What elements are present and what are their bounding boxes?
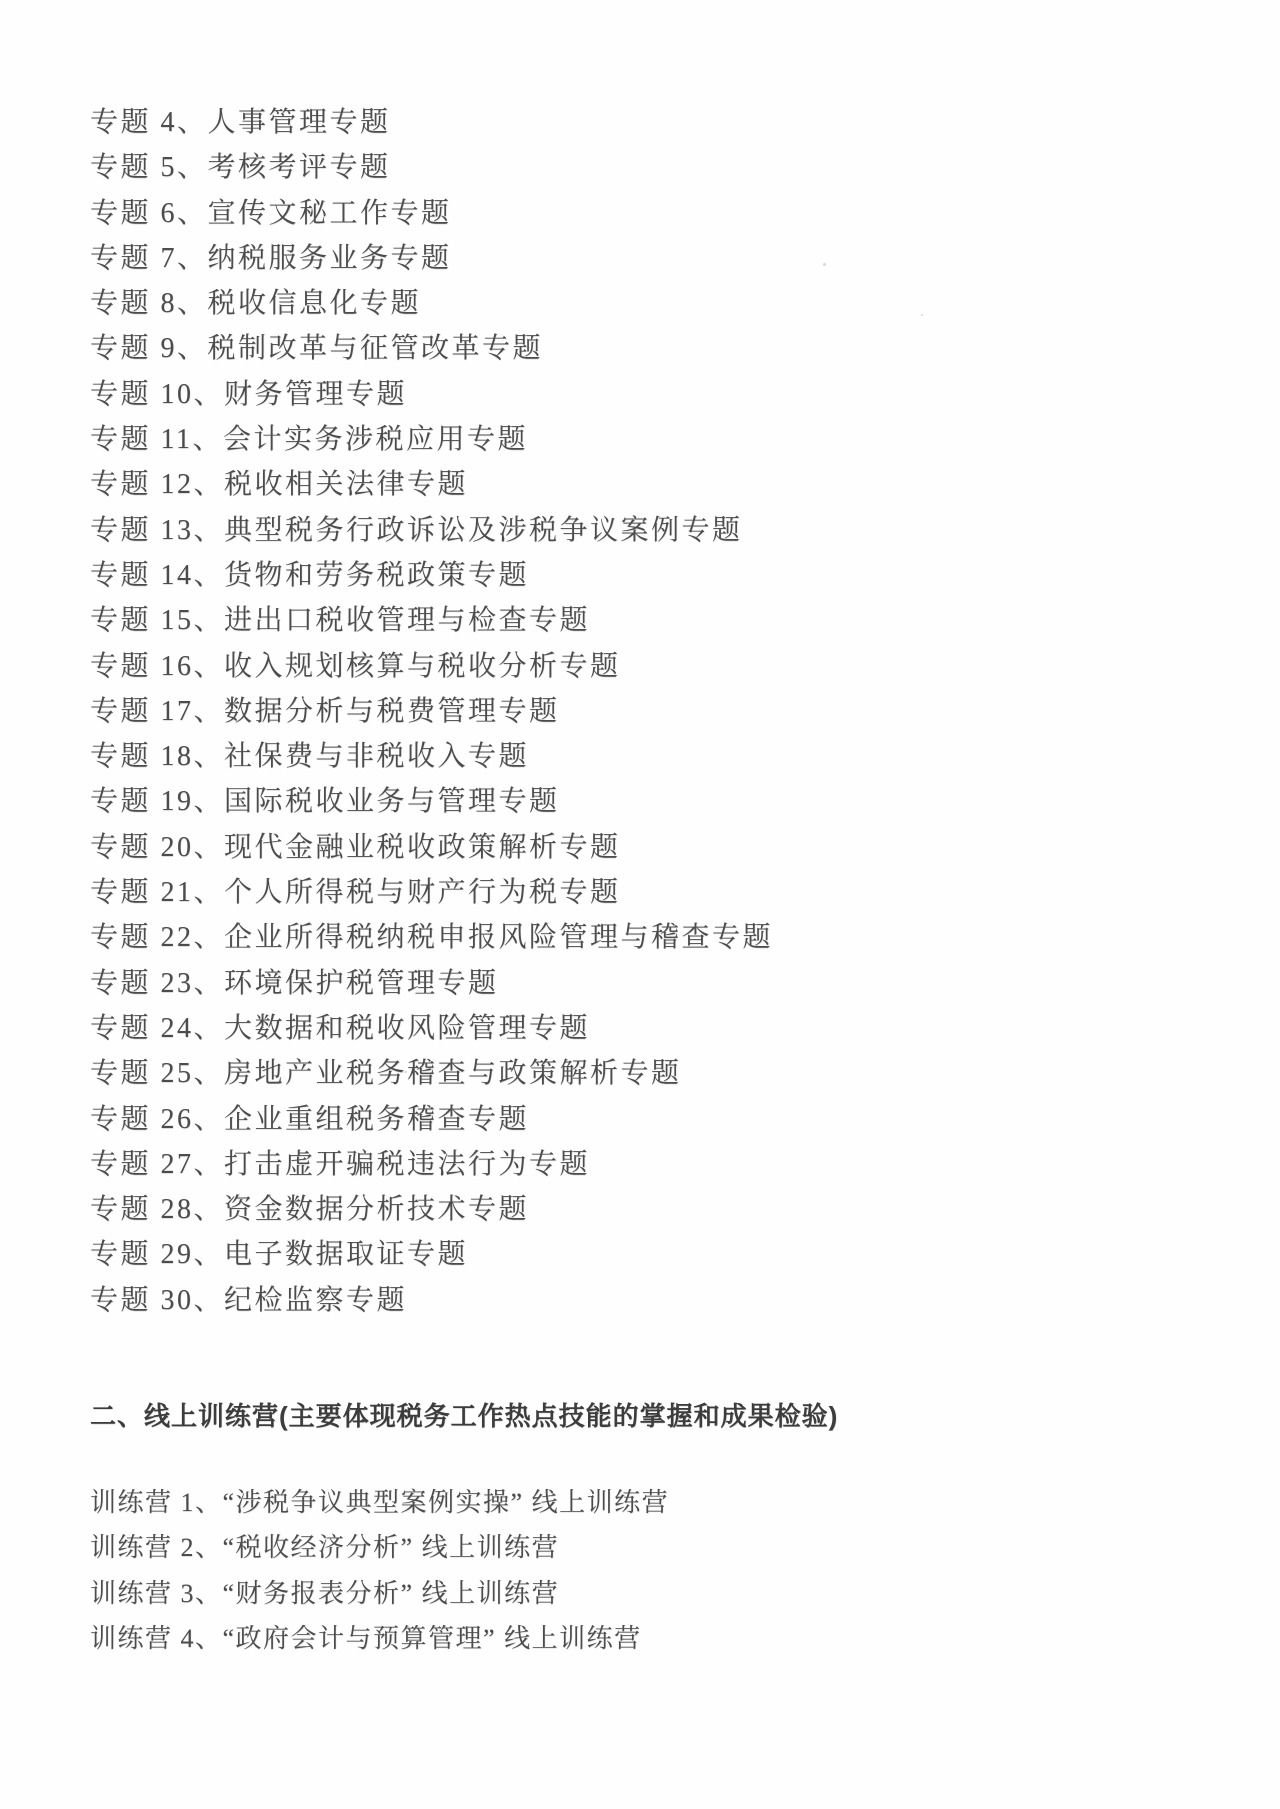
topic-list: 专题 4、人事管理专题 专题 5、考核考评专题 专题 6、宣传文秘工作专题 专题… [90, 100, 1190, 1323]
scan-speck [823, 263, 826, 266]
scan-speck [404, 1071, 407, 1073]
topic-item: 专题 21、个人所得税与财产行为税专题 [90, 870, 1190, 915]
topic-item: 专题 20、现代金融业税收政策解析专题 [90, 825, 1190, 870]
topic-item: 专题 5、考核考评专题 [90, 145, 1190, 190]
camp-item: 训练营 1、“涉税争议典型案例实操” 线上训练营 [90, 1480, 1190, 1525]
topic-item: 专题 10、财务管理专题 [90, 372, 1190, 417]
topic-item: 专题 16、收入规划核算与税收分析专题 [90, 644, 1190, 689]
camp-list: 训练营 1、“涉税争议典型案例实操” 线上训练营 训练营 2、“税收经济分析” … [90, 1480, 1190, 1661]
topic-item: 专题 27、打击虚开骗税违法行为专题 [90, 1142, 1190, 1187]
topic-item: 专题 26、企业重组税务稽查专题 [90, 1097, 1190, 1142]
topic-item: 专题 24、大数据和税收风险管理专题 [90, 1006, 1190, 1051]
topic-item: 专题 14、货物和劳务税政策专题 [90, 553, 1190, 598]
topic-item: 专题 29、电子数据取证专题 [90, 1232, 1190, 1277]
topic-item: 专题 9、税制改革与征管改革专题 [90, 326, 1190, 371]
topic-item: 专题 30、纪检监察专题 [90, 1278, 1190, 1323]
camp-item: 训练营 4、“政府会计与预算管理” 线上训练营 [90, 1616, 1190, 1661]
section-header-online-camps: 二、线上训练营(主要体现税务工作热点技能的掌握和成果检验) [90, 1399, 1230, 1433]
topic-item: 专题 19、国际税收业务与管理专题 [90, 779, 1190, 824]
topic-item: 专题 17、数据分析与税费管理专题 [90, 689, 1190, 734]
topic-item: 专题 28、资金数据分析技术专题 [90, 1187, 1190, 1232]
topic-item: 专题 23、环境保护税管理专题 [90, 961, 1190, 1006]
topic-item: 专题 4、人事管理专题 [90, 100, 1190, 145]
topic-item: 专题 13、典型税务行政诉讼及涉税争议案例专题 [90, 508, 1190, 553]
camp-item: 训练营 2、“税收经济分析” 线上训练营 [90, 1525, 1190, 1570]
topic-item: 专题 18、社保费与非税收入专题 [90, 734, 1190, 779]
topic-item: 专题 12、税收相关法律专题 [90, 462, 1190, 507]
topic-item: 专题 8、税收信息化专题 [90, 281, 1190, 326]
camp-item: 训练营 3、“财务报表分析” 线上训练营 [90, 1571, 1190, 1616]
topic-item: 专题 6、宣传文秘工作专题 [90, 191, 1190, 236]
scan-speck [921, 314, 923, 316]
topic-item: 专题 11、会计实务涉税应用专题 [90, 417, 1190, 462]
topic-item: 专题 25、房地产业税务稽查与政策解析专题 [90, 1051, 1190, 1096]
topic-item: 专题 22、企业所得税纳税申报风险管理与稽查专题 [90, 915, 1190, 960]
scanned-document-page: 专题 4、人事管理专题 专题 5、考核考评专题 专题 6、宣传文秘工作专题 专题… [0, 0, 1280, 1809]
topic-item: 专题 15、进出口税收管理与检查专题 [90, 598, 1190, 643]
topic-item: 专题 7、纳税服务业务专题 [90, 236, 1190, 281]
